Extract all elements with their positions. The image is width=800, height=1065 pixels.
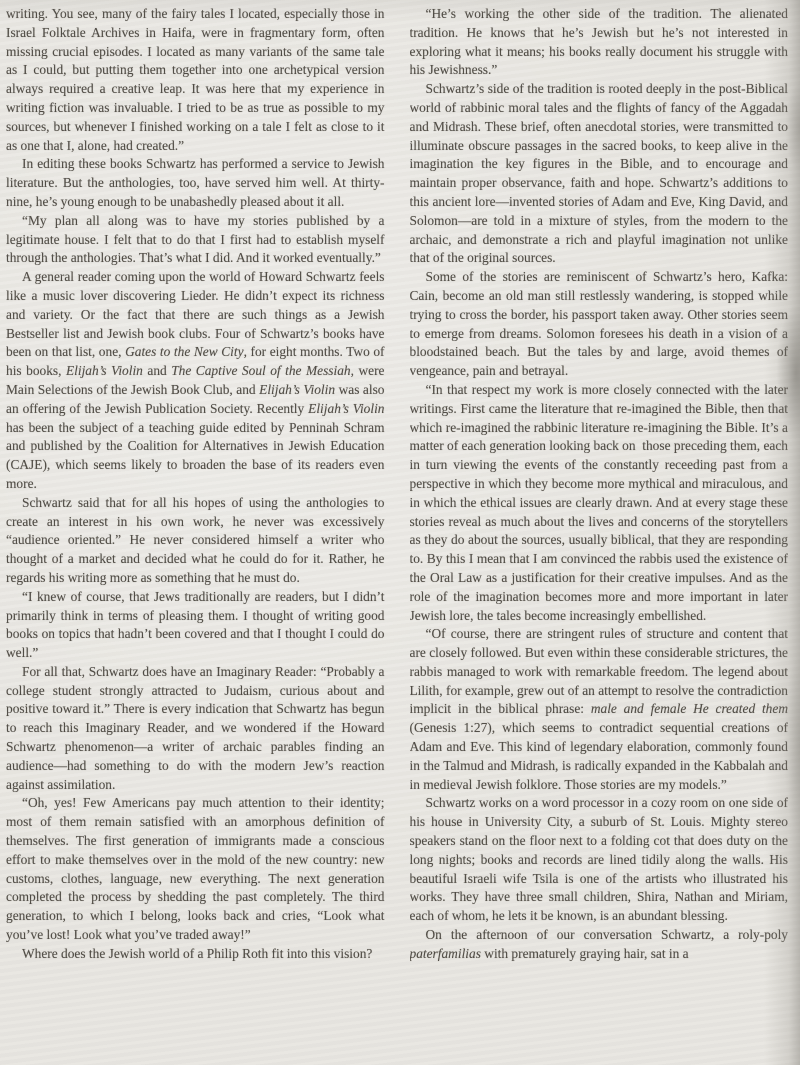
text-run: Schwartz works on a word processor in a … [410,795,789,923]
paragraph: “In that respect my work is more closely… [410,381,789,625]
text-run: In editing these books Schwartz has perf… [6,156,385,209]
paragraph: Schwartz said that for all his hopes of … [6,494,385,588]
article-column-right: “He’s working the other side of the trad… [410,5,789,1065]
text-run: On the afternoon of our conversation Sch… [426,927,789,942]
italic-text: Elijah’s Violin [308,401,384,416]
text-run: (Genesis 1:27), which seems to contradic… [410,720,789,791]
text-run: “I knew of course, that Jews traditional… [6,589,385,660]
paragraph: In editing these books Schwartz has perf… [6,155,385,211]
text-run: “In that respect my work is more closely… [410,382,789,623]
italic-text: Elijah’s Violin [259,382,335,397]
text-run: “Oh, yes! Few Americans pay much attenti… [6,795,385,942]
article-columns: writing. You see, many of the fairy tale… [6,5,788,1065]
paragraph: “Oh, yes! Few Americans pay much attenti… [6,794,385,944]
paragraph: Schwartz’s side of the tradition is root… [410,80,789,268]
paragraph: On the afternoon of our conversation Sch… [410,926,789,964]
paragraph: “Of course, there are stringent rules of… [410,625,789,794]
paragraph: “He’s working the other side of the trad… [410,5,789,80]
article-column-left: writing. You see, many of the fairy tale… [6,5,385,1065]
italic-text: Elijah’s Violin [66,363,143,378]
paragraph: For all that, Schwartz does have an Imag… [6,663,385,795]
scanned-article-page: writing. You see, many of the fairy tale… [0,0,800,1065]
text-run: and [143,363,171,378]
paragraph: A general reader coming upon the world o… [6,268,385,494]
text-run: Schwartz’s side of the tradition is root… [410,81,789,265]
text-run: has been the subject of a teaching guide… [6,420,385,491]
italic-text: Gates to the New City [125,344,243,359]
paragraph: writing. You see, many of the fairy tale… [6,5,385,155]
text-run: “My plan all along was to have my storie… [6,213,385,266]
text-run: Where does the Jewish world of a Philip … [22,946,372,961]
paragraph: Where does the Jewish world of a Philip … [6,945,385,964]
text-run: writing. You see, many of the fairy tale… [6,6,385,153]
text-run: Schwartz said that for all his hopes of … [6,495,385,585]
paragraph: Schwartz works on a word processor in a … [410,794,789,926]
paragraph: Some of the stories are reminiscent of S… [410,268,789,381]
text-run: “He’s working the other side of the trad… [410,6,789,77]
italic-text: male and female He created them [591,701,788,716]
text-run: with prematurely graying hair, sat in a [481,946,689,961]
italic-text: paterfamilias [410,946,481,961]
paragraph: “I knew of course, that Jews traditional… [6,588,385,663]
text-run: For all that, Schwartz does have an Imag… [6,664,385,792]
text-run: Some of the stories are reminiscent of S… [410,269,789,378]
italic-text: The Captive Soul of the Messiah [171,363,350,378]
paragraph: “My plan all along was to have my storie… [6,212,385,268]
